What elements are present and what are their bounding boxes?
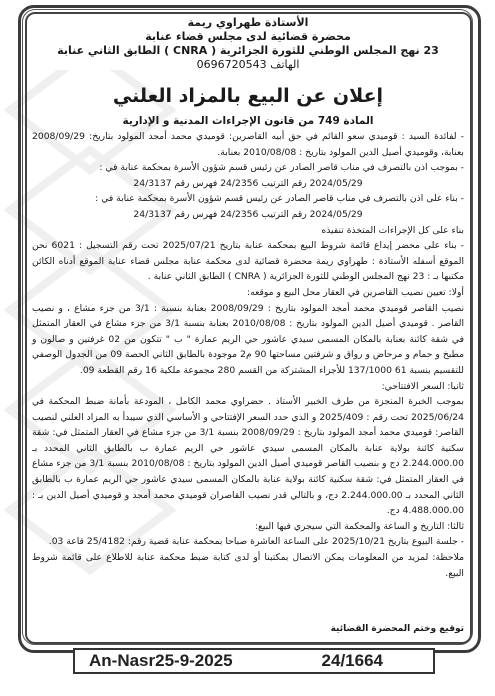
authorization-ref-1: 2024/05/29 رقم الترتيب 24/2356 فهرس رقم …: [32, 176, 464, 192]
notice-body: - لفائدة السيد : قوميدي سعو القائم في حق…: [32, 129, 464, 581]
notice-title: إعلان عن البيع بالمزاد العلني: [32, 84, 464, 108]
notice-subtitle: المادة 749 من قانون الإجراءات المدنية و …: [32, 114, 464, 128]
section-2-text: بموجب الخبرة المنجزة من طرف الخبير الأست…: [32, 394, 464, 519]
authorization-ref-2: 2024/05/29 رقم الترتيب 24/2356 فهرس رقم …: [32, 207, 464, 223]
deposit-paragraph: - بناء على محضر إيداع قائمة شروط البيع ب…: [32, 238, 464, 285]
signature-line: توقيع وختم المحضرة القضائية: [331, 624, 464, 634]
publication-date: An-Nasr25-9-2025: [89, 651, 233, 671]
publication-footer: An-Nasr25-9-2025 24/1664: [73, 648, 435, 674]
note-paragraph: ملاحظة: لمزيد من المعلومات يمكن الاتصال …: [32, 550, 464, 581]
notice-content: الأستاذة طهراوي ريمة محضرة قضائية لدى مج…: [32, 16, 464, 636]
section-1-text: نصيب القاصر قوميدي محمد أمجد المولود بتا…: [32, 301, 464, 379]
bailiff-address: 23 نهج المجلس الوطني للثورة الجزائرية ( …: [32, 44, 464, 58]
beneficiary-paragraph: - لفائدة السيد : قوميدي سعو القائم في حق…: [32, 129, 464, 160]
section-3-title: ثالثا: التاريخ و الساعة والمحكمة التي سي…: [32, 519, 464, 535]
procedures-line: بناء على كل الإجراءات المتخذة تنفيذه: [32, 223, 464, 239]
authorization-paragraph-2: - بناء على اذن بالتصرف في مناب قاصر الصا…: [32, 191, 464, 207]
bailiff-phone: الهاتف 0696720543: [32, 58, 464, 72]
section-2-title: ثانيا: السعر الافتتاحي:: [32, 379, 464, 395]
bailiff-header: الأستاذة طهراوي ريمة محضرة قضائية لدى مج…: [32, 16, 464, 72]
authorization-paragraph-1: - بموجب اذن بالتصرف في مناب قاصر الصادر …: [32, 160, 464, 176]
bailiff-title: محضرة قضائية لدى مجلس قضاء عنابة: [32, 30, 464, 44]
section-3-text: - جلسة البيوع بتاريخ 2025/10/21 على السا…: [32, 534, 464, 550]
reference-number: 24/1664: [322, 651, 383, 671]
section-1-title: أولا: تعيين نصيب القاصرين في العقار محل …: [32, 285, 464, 301]
bailiff-name: الأستاذة طهراوي ريمة: [32, 16, 464, 30]
